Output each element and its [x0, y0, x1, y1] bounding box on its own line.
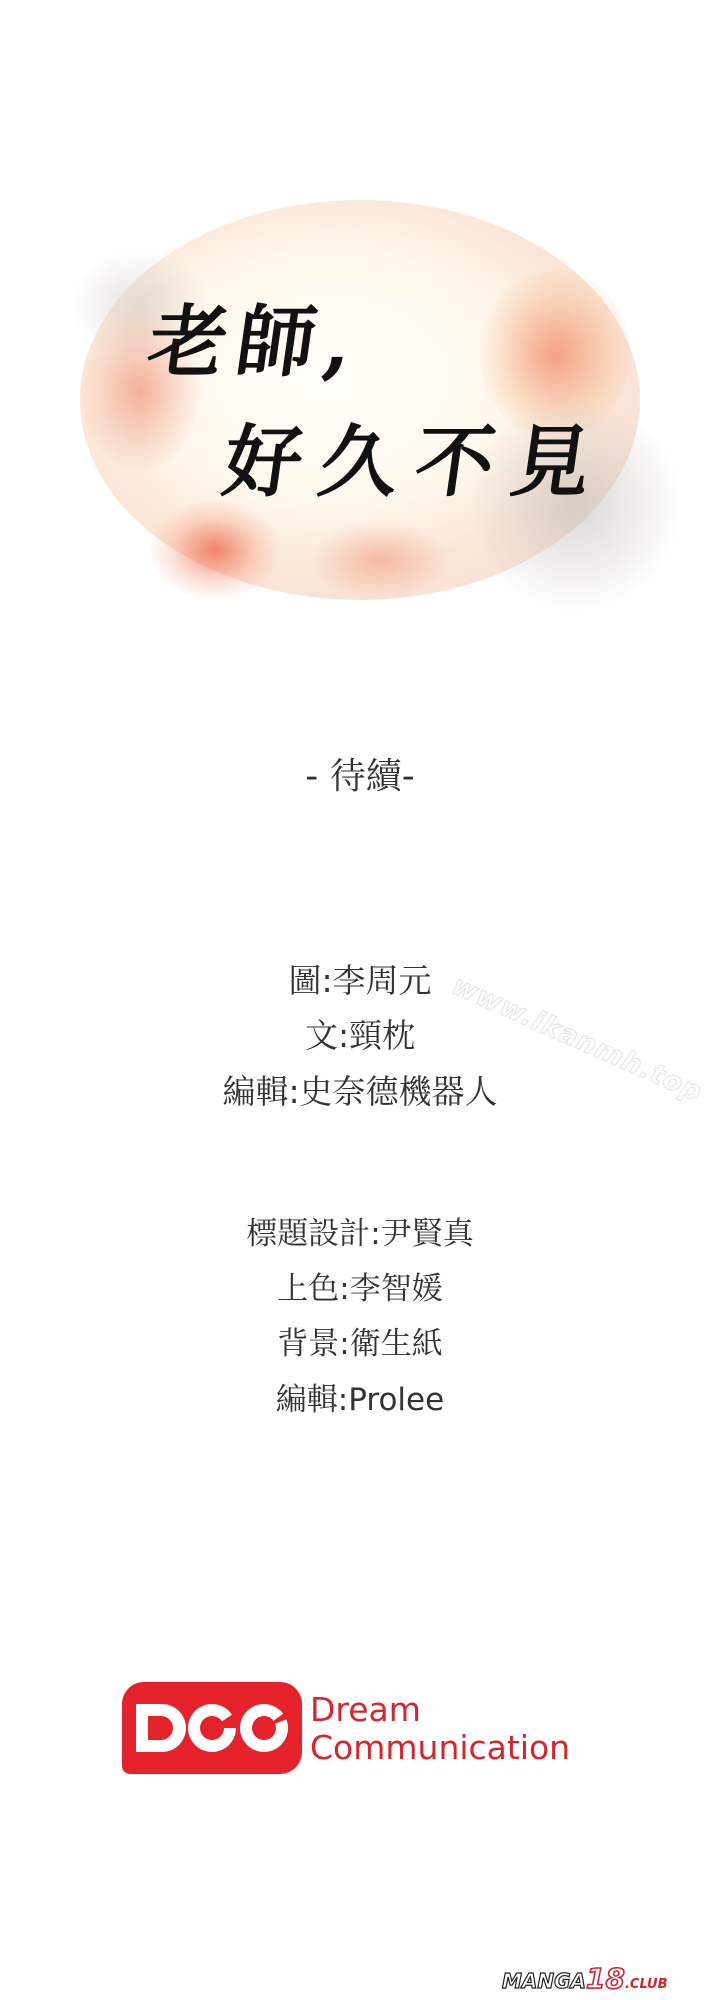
- title-line-2: 好久不見: [217, 400, 617, 512]
- site-badge: MANGA 18 .CLUB: [502, 1962, 668, 1990]
- credit-editor: 編輯:史奈德機器人: [0, 1066, 720, 1113]
- watercolor-red-bottom-mid: [310, 520, 450, 600]
- watercolor-red-bottom: [150, 500, 280, 600]
- site-badge-part-1: MANGA: [502, 1969, 586, 1993]
- title-artwork: 老師, 好久不見: [40, 160, 680, 640]
- publisher-name-line-2: Communication: [310, 1728, 570, 1767]
- to-be-continued: - 待續-: [0, 748, 720, 799]
- publisher-name-line-1: Dream: [310, 1690, 421, 1729]
- credit-title-design: 標題設計:尹賢真: [0, 1208, 720, 1253]
- credit-background: 背景:衛生紙: [0, 1318, 720, 1363]
- title-line-1: 老師,: [142, 280, 371, 392]
- credit-coloring: 上色:李智媛: [0, 1263, 720, 1308]
- site-badge-part-3: .CLUB: [625, 1977, 668, 1992]
- credit-art: 圖:李周元: [0, 955, 720, 1002]
- dcc-logo-icon: [122, 1682, 302, 1774]
- credit-editor-2: 編輯:Prolee: [0, 1374, 720, 1419]
- site-badge-part-2: 18: [586, 1962, 625, 1995]
